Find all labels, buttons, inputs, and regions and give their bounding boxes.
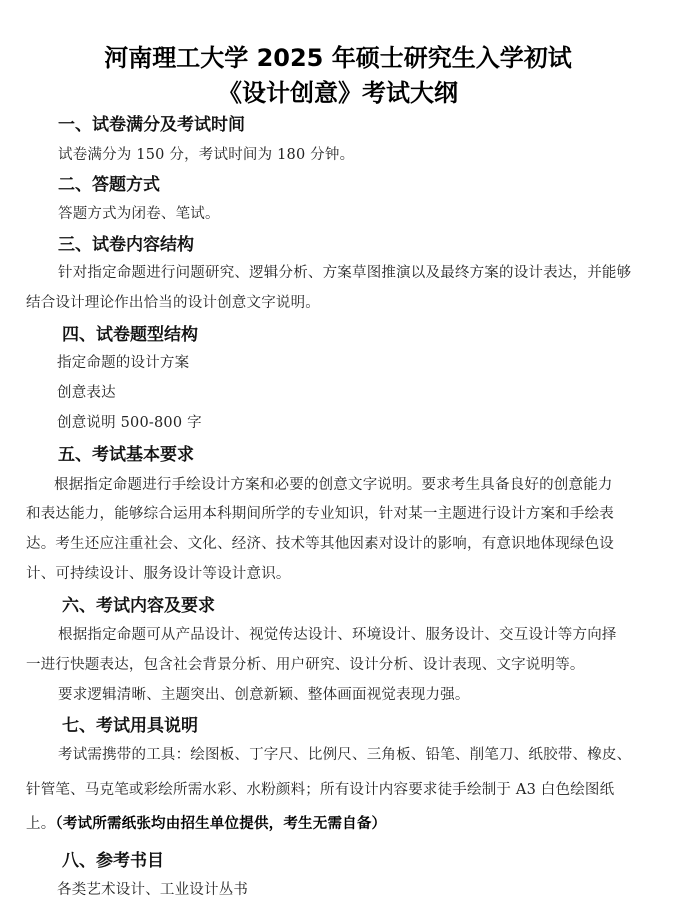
section-4-line-2: 创意表达 — [57, 381, 116, 402]
section-heading-5: 五、考试基本要求 — [58, 440, 194, 465]
section-4-line-1: 指定命题的设计方案 — [57, 351, 189, 372]
section-heading-7: 七、考试用具说明 — [62, 711, 198, 736]
section-heading-6: 六、考试内容及要求 — [62, 591, 215, 616]
paper-provided-note: （考试所需纸张均由招生单位提供，考生无需自备） — [55, 815, 386, 832]
section-5-line-2: 和表达能力，能够综合运用本科期间所学的专业知识，针对某一主题进行设计方案和手绘表 — [26, 502, 614, 523]
section-3-line-2: 结合设计理论作出恰当的设计创意文字说明。 — [26, 291, 320, 312]
section-1-line-1: 试卷满分为 150 分，考试时间为 180 分钟。 — [58, 143, 354, 164]
section-heading-8: 八、参考书目 — [62, 846, 164, 871]
section-7-line-3: 上。（考试所需纸张均由招生单位提供，考生无需自备） — [26, 812, 386, 833]
section-heading-3: 三、试卷内容结构 — [58, 230, 194, 255]
section-3-line-1: 针对指定命题进行问题研究、逻辑分析、方案草图推演以及最终方案的设计表达，并能够 — [58, 261, 631, 282]
section-5-line-1: 根据指定命题进行手绘设计方案和必要的创意文字说明。要求考生具备良好的创意能力 — [54, 473, 613, 494]
section-6-line-1: 根据指定命题可从产品设计、视觉传达设计、环境设计、服务设计、交互设计等方向择 — [58, 623, 617, 644]
section-heading-2: 二、答题方式 — [58, 170, 160, 195]
section-heading-4: 四、试卷题型结构 — [62, 320, 198, 345]
section-5-line-3: 达。考生还应注重社会、文化、经济、技术等其他因素对设计的影响，有意识地体现绿色设 — [26, 532, 614, 553]
section-2-line-1: 答题方式为闭卷、笔试。 — [58, 202, 220, 223]
document-title-line1: 河南理工大学 2025 年硕士研究生入学初试 — [0, 38, 676, 73]
section-7-line-1: 考试需携带的工具：绘图板、丁字尺、比例尺、三角板、铅笔、削笔刀、纸胶带、橡皮、 — [58, 743, 631, 764]
section-7-line-2: 针管笔、马克笔或彩绘所需水彩、水粉颜料；所有设计内容要求徒手绘制于 A3 白色绘… — [26, 778, 614, 799]
section-6-line-2: 一进行快题表达，包含社会背景分析、用户研究、设计分析、设计表现、文字说明等。 — [26, 653, 585, 674]
section-8-line-1: 各类艺术设计、工业设计丛书 — [57, 878, 248, 899]
section-heading-1: 一、试卷满分及考试时间 — [58, 110, 245, 135]
section-4-line-3: 创意说明 500-800 字 — [57, 411, 202, 432]
document-title-line2: 《设计创意》考试大纲 — [0, 73, 676, 108]
section-5-line-4: 计、可持续设计、服务设计等设计意识。 — [26, 562, 291, 583]
section-6-line-3: 要求逻辑清晰、主题突出、创意新颖、整体画面视觉表现力强。 — [58, 683, 470, 704]
section-7-line-3-text: 上。 — [26, 816, 55, 832]
